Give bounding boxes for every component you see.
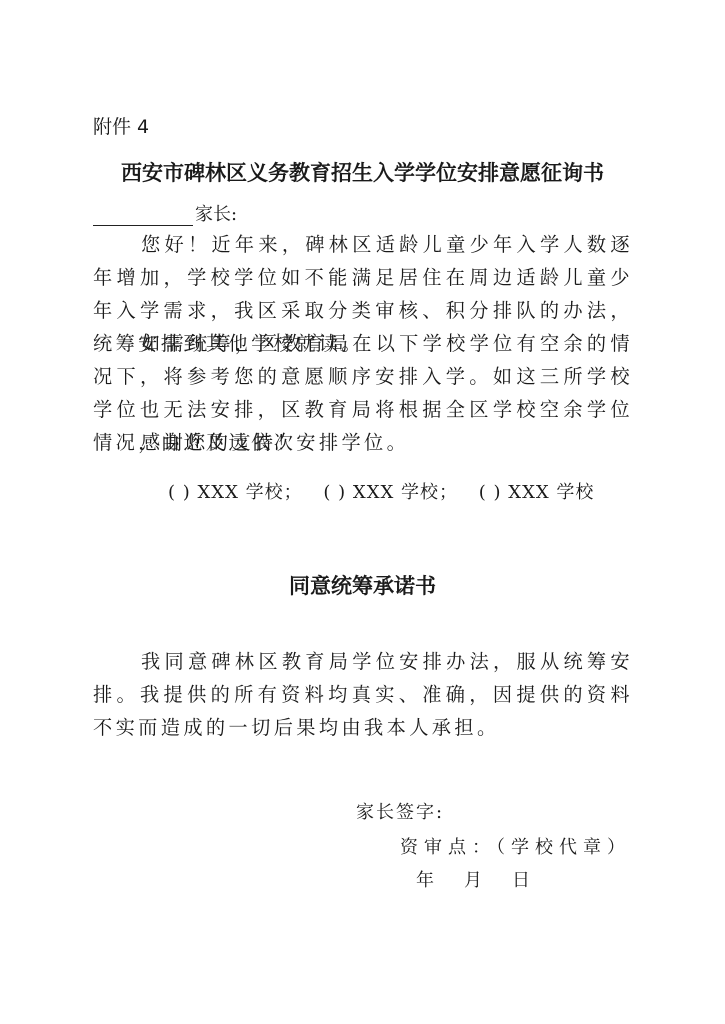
school-choice-1: ( ) XXX 学校； (168, 482, 303, 503)
attachment-label: 附件 4 (93, 112, 149, 139)
commitment-paragraph: 我同意碑林区教育局学位安排办法，服从统筹安排。我提供的所有资料均真实、准确，因提… (93, 645, 633, 744)
paragraph-thanks: 感谢您的支持！ (93, 426, 633, 459)
review-point-label: 资审点：（学校代章） (400, 833, 631, 859)
salutation-suffix: 家长: (195, 204, 237, 225)
commitment-title: 同意统筹承诺书 (0, 570, 725, 600)
date-day: 日 (512, 870, 532, 891)
parent-name-blank (93, 207, 193, 226)
school-choices: ( ) XXX 学校； ( ) XXX 学校； ( ) XXX 学校 (168, 478, 608, 504)
date-year: 年 (416, 870, 436, 891)
parent-signature-label: 家长签字: (356, 798, 444, 824)
school-choice-2: ( ) XXX 学校； (323, 482, 458, 503)
date-line: 年月日 (416, 866, 532, 892)
salutation-line: 家长: (93, 200, 237, 226)
date-month: 月 (464, 870, 484, 891)
document-title: 西安市碑林区义务教育招生入学学位安排意愿征询书 (0, 157, 725, 187)
school-choice-3: ( ) XXX 学校 (479, 482, 595, 503)
